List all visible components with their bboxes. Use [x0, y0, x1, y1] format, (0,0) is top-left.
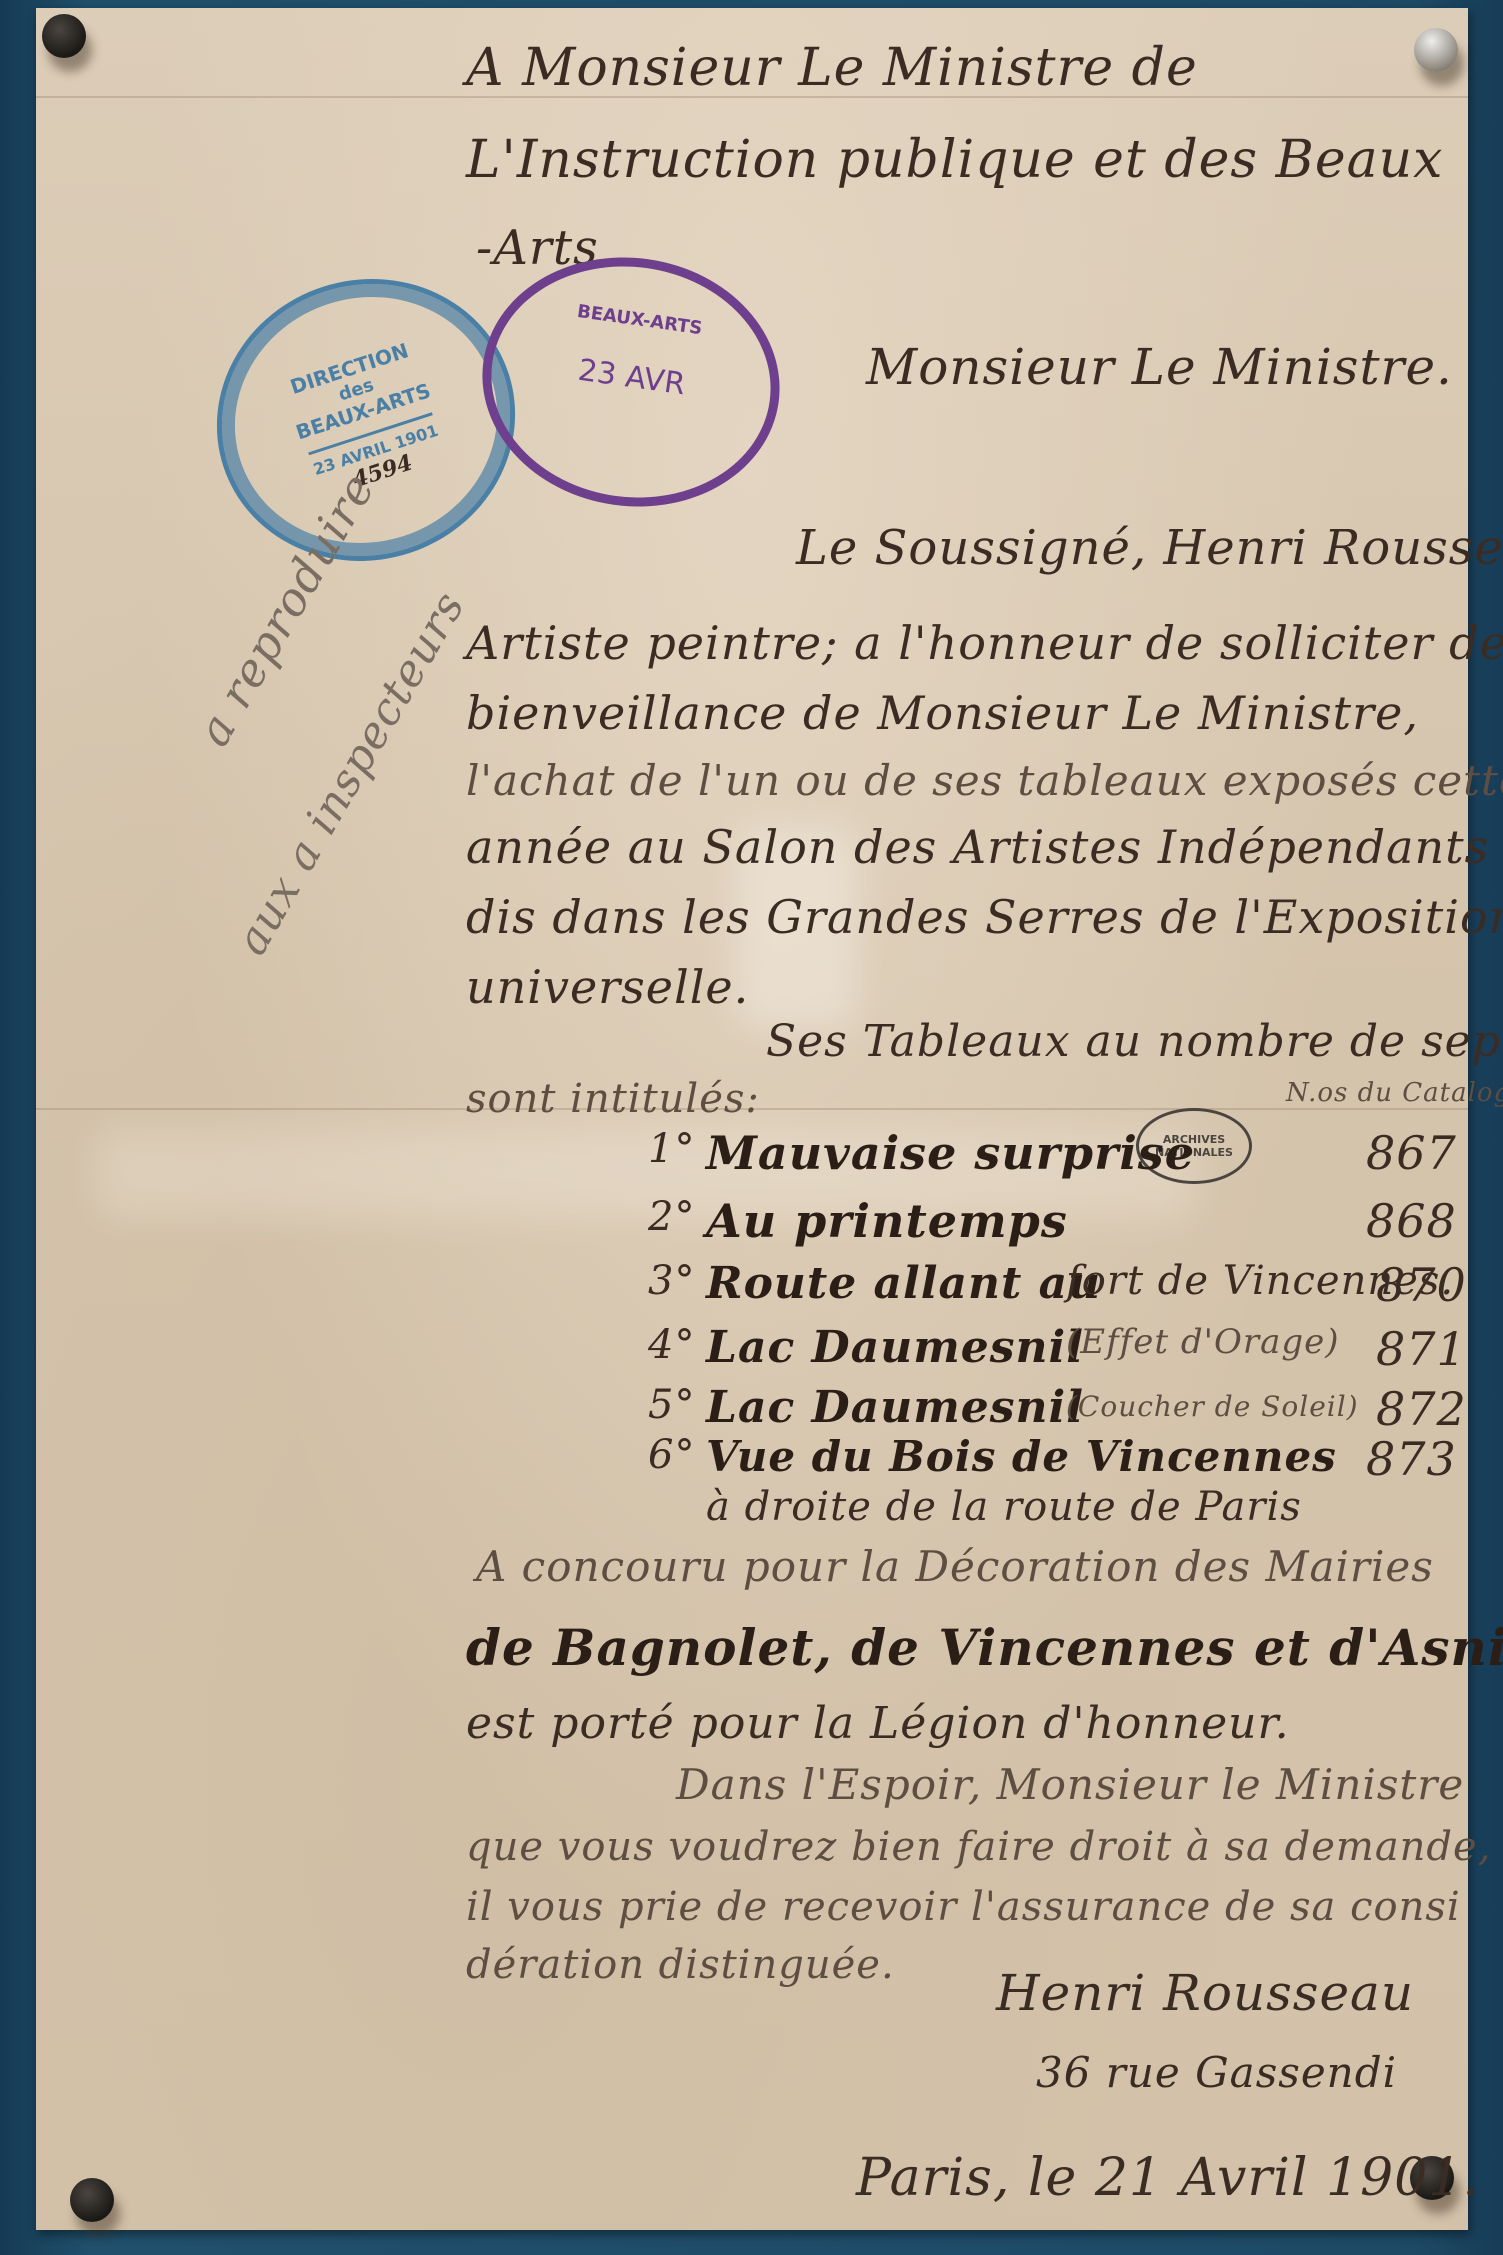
body-line: Dans l'Espoir, Monsieur le Ministre — [676, 1760, 1464, 1809]
catalogue-number: 873 — [1366, 1432, 1457, 1486]
catalogue-number: 872 — [1376, 1382, 1467, 1436]
painting-note: (Coucher de Soleil) — [1066, 1390, 1359, 1423]
painting-title: Vue du Bois de Vincennes — [706, 1432, 1337, 1481]
letter-sheet: A Monsieur Le Ministre de L'Instruction … — [36, 8, 1468, 2230]
body-line: il vous prie de recevoir l'assurance de … — [466, 1884, 1461, 1930]
painting-note: à droite de la route de Paris — [706, 1484, 1302, 1530]
painting-number: 3° — [648, 1258, 695, 1304]
painting-title: Lac Daumesnil — [706, 1322, 1084, 1373]
painting-title: Mauvaise surprise — [706, 1126, 1195, 1180]
body-line: est porté pour la Légion d'honneur. — [466, 1698, 1290, 1749]
catalogue-number: 867 — [1366, 1126, 1457, 1180]
body-line: de Bagnolet, de Vincennes et d'Asnières, — [466, 1618, 1503, 1677]
sender-address: 36 rue Gassendi — [1036, 2048, 1397, 2097]
dateline: Paris, le 21 Avril 1901. — [856, 2148, 1480, 2208]
body-line: A concouru pour la Décoration des Mairie… — [476, 1542, 1434, 1591]
body-line: que vous voudrez bien faire droit à sa d… — [466, 1824, 1491, 1870]
painting-title: Au printemps — [706, 1194, 1068, 1248]
painting-title: Lac Daumesnil — [706, 1382, 1084, 1433]
painting-number: 4° — [648, 1322, 695, 1368]
painting-number: 6° — [648, 1432, 695, 1478]
body-line: dération distinguée. — [466, 1942, 895, 1988]
catalogue-number: 870 — [1376, 1258, 1467, 1312]
painting-number: 1° — [648, 1126, 695, 1172]
signature: Henri Rousseau — [996, 1964, 1414, 2022]
painting-number: 5° — [648, 1382, 695, 1428]
catalogue-number: 868 — [1366, 1194, 1457, 1248]
painting-note: (Effet d'Orage) — [1066, 1322, 1340, 1362]
catalogue-number: 871 — [1376, 1322, 1467, 1376]
painting-number: 2° — [648, 1194, 695, 1240]
painting-title: Route allant au — [706, 1258, 1101, 1309]
